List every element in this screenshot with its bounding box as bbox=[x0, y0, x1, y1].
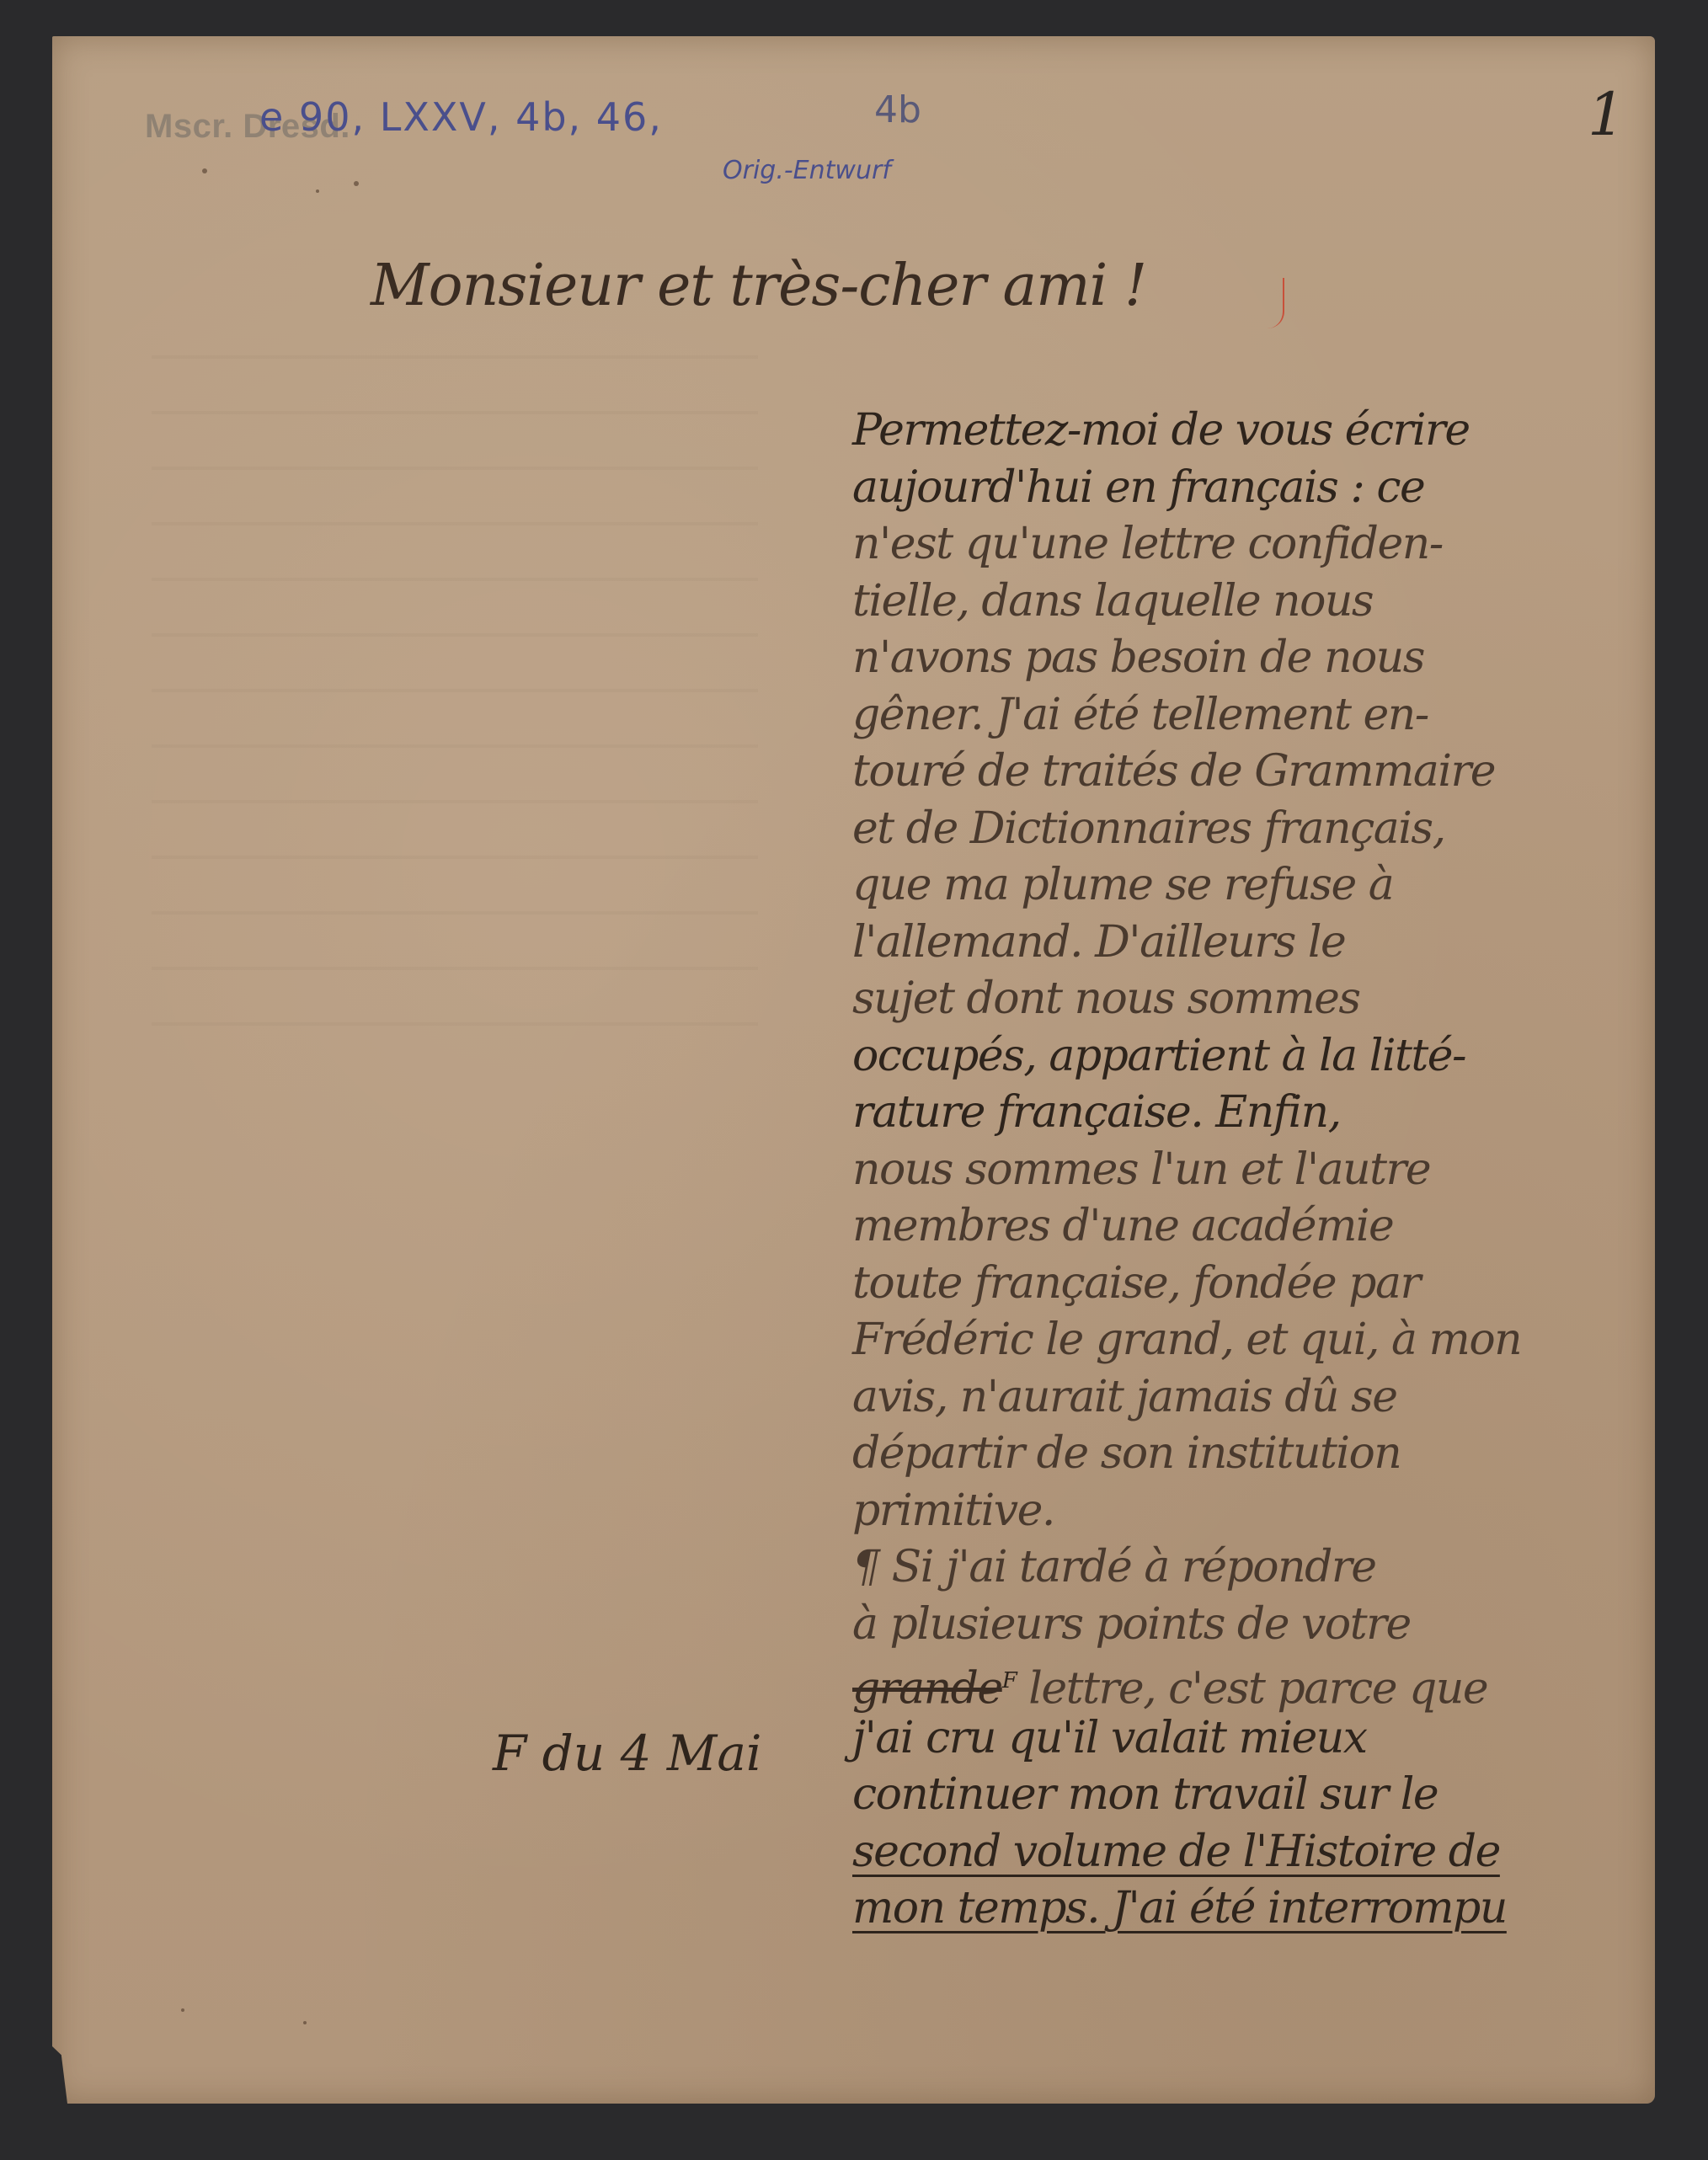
body-line: avis, n'aurait jamais dû se bbox=[852, 1369, 1644, 1427]
body-line: l'allemand. D'ailleurs le bbox=[852, 915, 1644, 972]
body-line: n'est qu'une lettre confiden- bbox=[852, 516, 1644, 573]
body-line-with-strike: grandeF lettre, c'est parce que bbox=[852, 1653, 1644, 1710]
body-line: et de Dictionnaires français, bbox=[852, 801, 1644, 858]
page-number: 1 bbox=[1588, 80, 1625, 149]
margin-date-note: F du 4 Mai bbox=[493, 1725, 761, 1782]
salutation: Monsieur et très-cher ami ! bbox=[371, 253, 1146, 319]
body-line: primitive. bbox=[852, 1483, 1644, 1540]
body-line-underlined: mon temps. J'ai été interrompu bbox=[852, 1880, 1644, 1938]
shelfmark: e 90, LXXV, 4b, 46, bbox=[259, 94, 663, 140]
body-line: occupés, appartient à la litté- bbox=[852, 1028, 1644, 1085]
body-line: continuer mon travail sur le bbox=[852, 1767, 1644, 1824]
body-line: rature française. Enfin, bbox=[852, 1085, 1644, 1142]
body-line: n'avons pas besoin de nous bbox=[852, 630, 1644, 687]
body-line: départir de son institution bbox=[852, 1426, 1644, 1483]
body-line: second volume de l'Histoire de bbox=[852, 1827, 1500, 1877]
body-line: aujourd'hui en français : ce bbox=[852, 460, 1644, 517]
body-line: gêner. J'ai été tellement en- bbox=[852, 687, 1644, 744]
body-line: mon temps. J'ai été interrompu bbox=[852, 1883, 1507, 1933]
letter-body: Permettez-moi de vous écrire aujourd'hui… bbox=[852, 403, 1644, 1938]
body-line: membres d'une académie bbox=[852, 1198, 1644, 1256]
body-line: j'ai cru qu'il valait mieux bbox=[852, 1710, 1644, 1768]
body-line: sujet dont nous sommes bbox=[852, 971, 1644, 1028]
shelfmark-extra: 4b bbox=[874, 88, 921, 131]
body-line: toute française, fondée par bbox=[852, 1256, 1644, 1313]
body-line: Permettez-moi de vous écrire bbox=[852, 403, 1644, 460]
paper-spot bbox=[316, 189, 319, 193]
show-through-text bbox=[152, 303, 758, 1061]
body-line: touré de traités de Grammaire bbox=[852, 744, 1644, 801]
body-line-underlined: second volume de l'Histoire de bbox=[852, 1824, 1644, 1881]
paper-spot bbox=[354, 181, 359, 186]
body-line: à plusieurs points de votre bbox=[852, 1597, 1644, 1654]
body-line: lettre, c'est parce que bbox=[1028, 1663, 1487, 1714]
body-line: que ma plume se refuse à bbox=[852, 857, 1644, 915]
body-line: tielle, dans laquelle nous bbox=[852, 573, 1644, 631]
paper-spot bbox=[202, 168, 207, 173]
shelfmark-note: Orig.-Entwurf bbox=[723, 156, 891, 185]
body-line: Frédéric le grand, et qui, à mon bbox=[852, 1312, 1644, 1369]
struck-word: grande bbox=[852, 1663, 1002, 1714]
insertion-mark: F bbox=[1002, 1668, 1017, 1693]
body-line: nous sommes l'un et l'autre bbox=[852, 1142, 1644, 1199]
paper-spot bbox=[303, 2021, 307, 2024]
paper-spot bbox=[181, 2008, 184, 2012]
body-line: ¶ Si j'ai tardé à répondre bbox=[852, 1539, 1644, 1597]
